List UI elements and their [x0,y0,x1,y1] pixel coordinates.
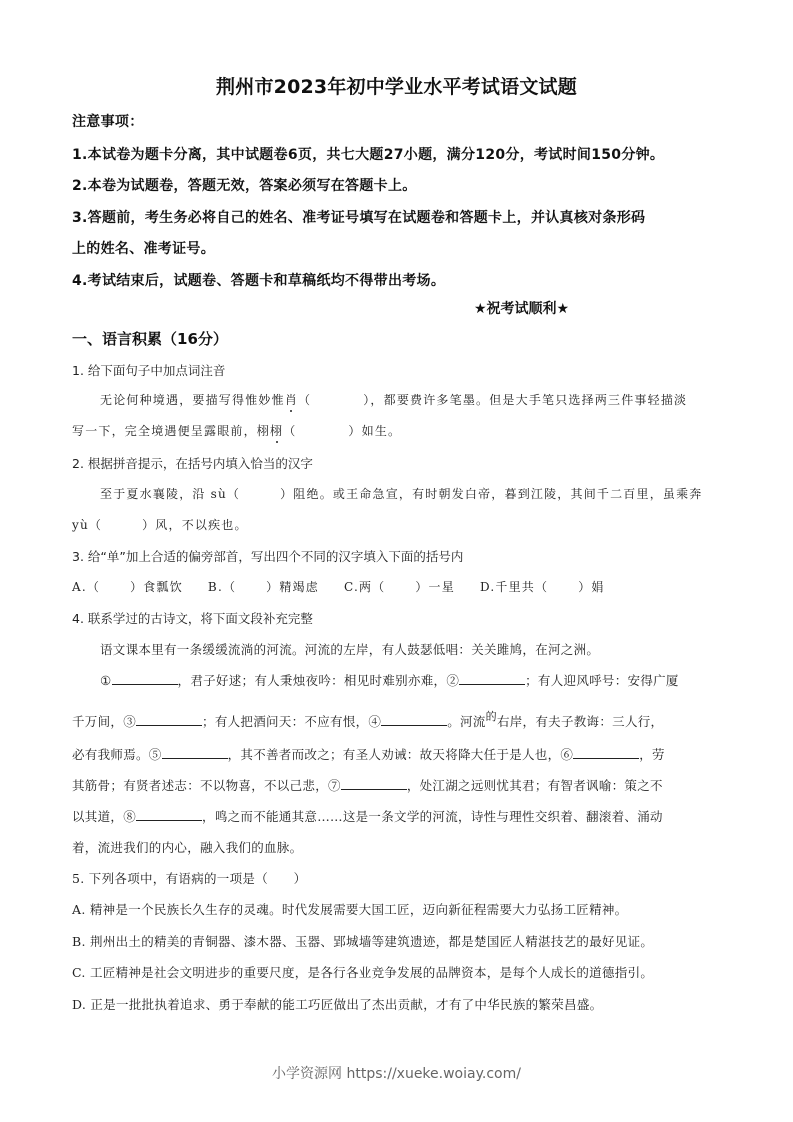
question-1-line-1: 无论何种境遇，要描写得惟妙惟肖（），都要费许多笔墨。但是大手笔只选择两三件事轻描… [100,391,687,408]
option-b: B.（）精竭虑 [208,580,319,594]
option-a: A.（）食瓢饮 [72,580,183,594]
fill-blank-3[interactable] [136,713,202,726]
question-4-line-5: 以其道，⑧，鸣之而不能通其意……这是一条文学的河流，诗性与理性交织着、翻滚着、涌… [72,807,663,825]
q4-text: 必有我师焉。⑤ [72,747,162,762]
section-heading: 一、语言积累（16分） [72,328,228,349]
option-b-text: ）精竭虑 [266,580,319,594]
option-a-text: ）食瓢饮 [130,580,183,594]
question-2-prompt: 2. 根据拼音提示，在括号内填入恰当的汉字 [72,454,313,472]
notice-heading: 注意事项： [72,111,144,131]
option-b-label: B.（ [208,580,236,594]
q1-text: ）如生。 [348,424,401,438]
fill-blank-4[interactable] [381,713,447,726]
q1-text: 无论何种境遇，要描写得惟妙惟 [100,393,285,407]
q4-text: ；有人把酒问天：不应有恨，④ [202,714,381,729]
question-1-line-2: 写一下，完全境遇便呈露眼前，栩栩（）如生。 [72,422,401,439]
option-d: D.千里共（）娟 [480,580,605,594]
question-2-line-2: yù（）风，不以疾也。 [72,516,248,533]
option-c-text: ）一星 [415,580,455,594]
notice-item-4: 4.考试结束后，试题卷、答题卡和草稿纸均不得带出考场。 [72,270,445,290]
question-5-prompt: 5. 下列各项中，有语病的一项是（ ） [72,869,306,887]
option-d-text: ）娟 [578,580,604,594]
exam-page: 荆州市2023年初中学业水平考试语文试题 注意事项： 1.本试卷为题卡分离，其中… [0,0,793,1122]
fill-blank-1[interactable] [112,672,178,685]
question-4-line-4: 其筋骨；有贤者述志：不以物喜，不以己悲，⑦，处江湖之远则忧其君；有智者讽喻：策之… [72,776,663,794]
q4-text: ；有人迎风呼号：安得广厦 [525,673,679,688]
fill-blank-8[interactable] [136,808,202,821]
q2-text: yù（ [72,518,102,532]
fill-blank-2[interactable] [459,672,525,685]
q4-superscript: 的 [486,710,497,723]
q4-text: 以其道，⑧ [72,809,136,824]
question-4-line-3: 必有我师焉。⑤，其不善者而改之；有圣人劝诫：故天将降大任于是人也，⑥，劳 [72,745,665,763]
question-4-line-6: 着，流进我们的内心，融入我们的血脉。 [72,838,302,856]
question-1-prompt: 1. 给下面句子中加点词注音 [72,361,225,379]
question-4-line-1: ①，君子好逑；有人秉烛夜吟：相见时难别亦难，②；有人迎风呼号：安得广厦 [100,671,679,689]
question-4-line-2: 千万间，③；有人把酒问天：不应有恨，④。河流的右岸，有夫子教诲：三人行， [72,712,663,730]
notice-item-2: 2.本卷为试题卷，答题无效，答案必须写在答题卡上。 [72,175,417,195]
q4-text: 千万间，③ [72,714,136,729]
good-luck-banner: ★祝考试顺利★ [0,298,793,318]
q1-text: ），都要费许多笔墨。但是大手笔只选择两三件事轻描淡 [363,393,687,407]
notice-item-1: 1.本试卷为题卡分离，其中试题卷6页，共七大题27小题，满分120分，考试时间1… [72,144,664,164]
question-5-option-b[interactable]: B. 荆州出土的精美的青铜器、漆木器、玉器、郢城墙等建筑遗迹，都是楚国匠人精湛技… [72,932,653,950]
q1-text: 写一下，完全境遇便呈露眼前，栩 [72,424,270,438]
fill-blank-7[interactable] [341,777,407,790]
fill-blank-6[interactable] [573,746,639,759]
q4-text: ，君子好逑；有人秉烛夜吟：相见时难别亦难，② [178,673,460,688]
question-4-para-1: 语文课本里有一条缓缓流淌的河流。河流的左岸，有人鼓瑟低唱：关关雎鸠，在河之洲。 [100,640,599,658]
question-5-option-c[interactable]: C. 工匠精神是社会文明进步的重要尺度，是各行各业竞争发展的品牌资本，是每个人成… [72,963,653,981]
q2-text: ）风，不以疾也。 [142,518,248,532]
q4-text: ，其不善者而改之；有圣人劝诫：故天将降大任于是人也，⑥ [228,747,574,762]
question-2-line-1: 至于夏水襄陵，沿 sù（）阻绝。或王命急宣，有时朝发白帝，暮到江陵，其间千二百里… [100,485,703,502]
question-4-prompt: 4. 联系学过的古诗文，将下面文段补充完整 [72,609,313,627]
paren-open: （ [283,424,296,438]
q4-text: ，鸣之而不能通其意……这是一条文学的河流，诗性与理性交织着、翻滚着、涌动 [202,809,663,824]
q2-text: ）阻绝。或王命急宣，有时朝发白帝，暮到江陵，其间千二百里，虽乘奔 [280,487,702,501]
q2-text: 至于夏水襄陵，沿 sù（ [100,487,240,501]
q4-text: 其筋骨；有贤者述志：不以物喜，不以己悲，⑦ [72,778,341,793]
q4-text: ① [100,673,112,688]
notice-item-3: 3.答题前，考生务必将自己的姓名、准考证号填写在试题卷和答题卡上，并认真核对条形… [72,207,645,227]
question-5-option-d[interactable]: D. 正是一批批执着追求、勇于奉献的能工巧匠做出了杰出贡献，才有了中华民族的繁荣… [72,995,602,1013]
dotted-char: 栩 [270,422,283,439]
question-3-options: A.（）食瓢饮 B.（）精竭虑 C.两（）一星 D.千里共（）娟 [72,578,605,595]
question-3-prompt: 3. 给“单”加上合适的偏旁部首，写出四个不同的汉字填入下面的括号内 [72,547,463,565]
option-a-label: A.（ [72,580,100,594]
option-c-label: C.两（ [344,580,385,594]
dotted-char: 肖 [285,391,298,408]
option-d-label: D.千里共（ [480,580,548,594]
q4-text: ，处江湖之远则忧其君；有智者讽喻：策之不 [407,778,663,793]
option-c: C.两（）一星 [344,580,455,594]
exam-title: 荆州市2023年初中学业水平考试语文试题 [0,72,793,99]
watermark-footer: 小学资源网 https://xueke.woiay.com/ [0,1063,793,1083]
paren-open: （ [298,393,311,407]
fill-blank-5[interactable] [162,746,228,759]
question-5-option-a[interactable]: A. 精神是一个民族长久生存的灵魂。时代发展需要大国工匠，迈向新征程需要大力弘扬… [72,900,627,918]
q4-text: 右岸，有夫子教诲：三人行， [497,714,663,729]
good-luck-text: ★祝考试顺利★ [474,301,569,317]
q4-text: 。河流 [447,714,485,729]
q4-text: ，劳 [639,747,665,762]
notice-item-3-cont: 上的姓名、准考证号。 [72,238,215,258]
